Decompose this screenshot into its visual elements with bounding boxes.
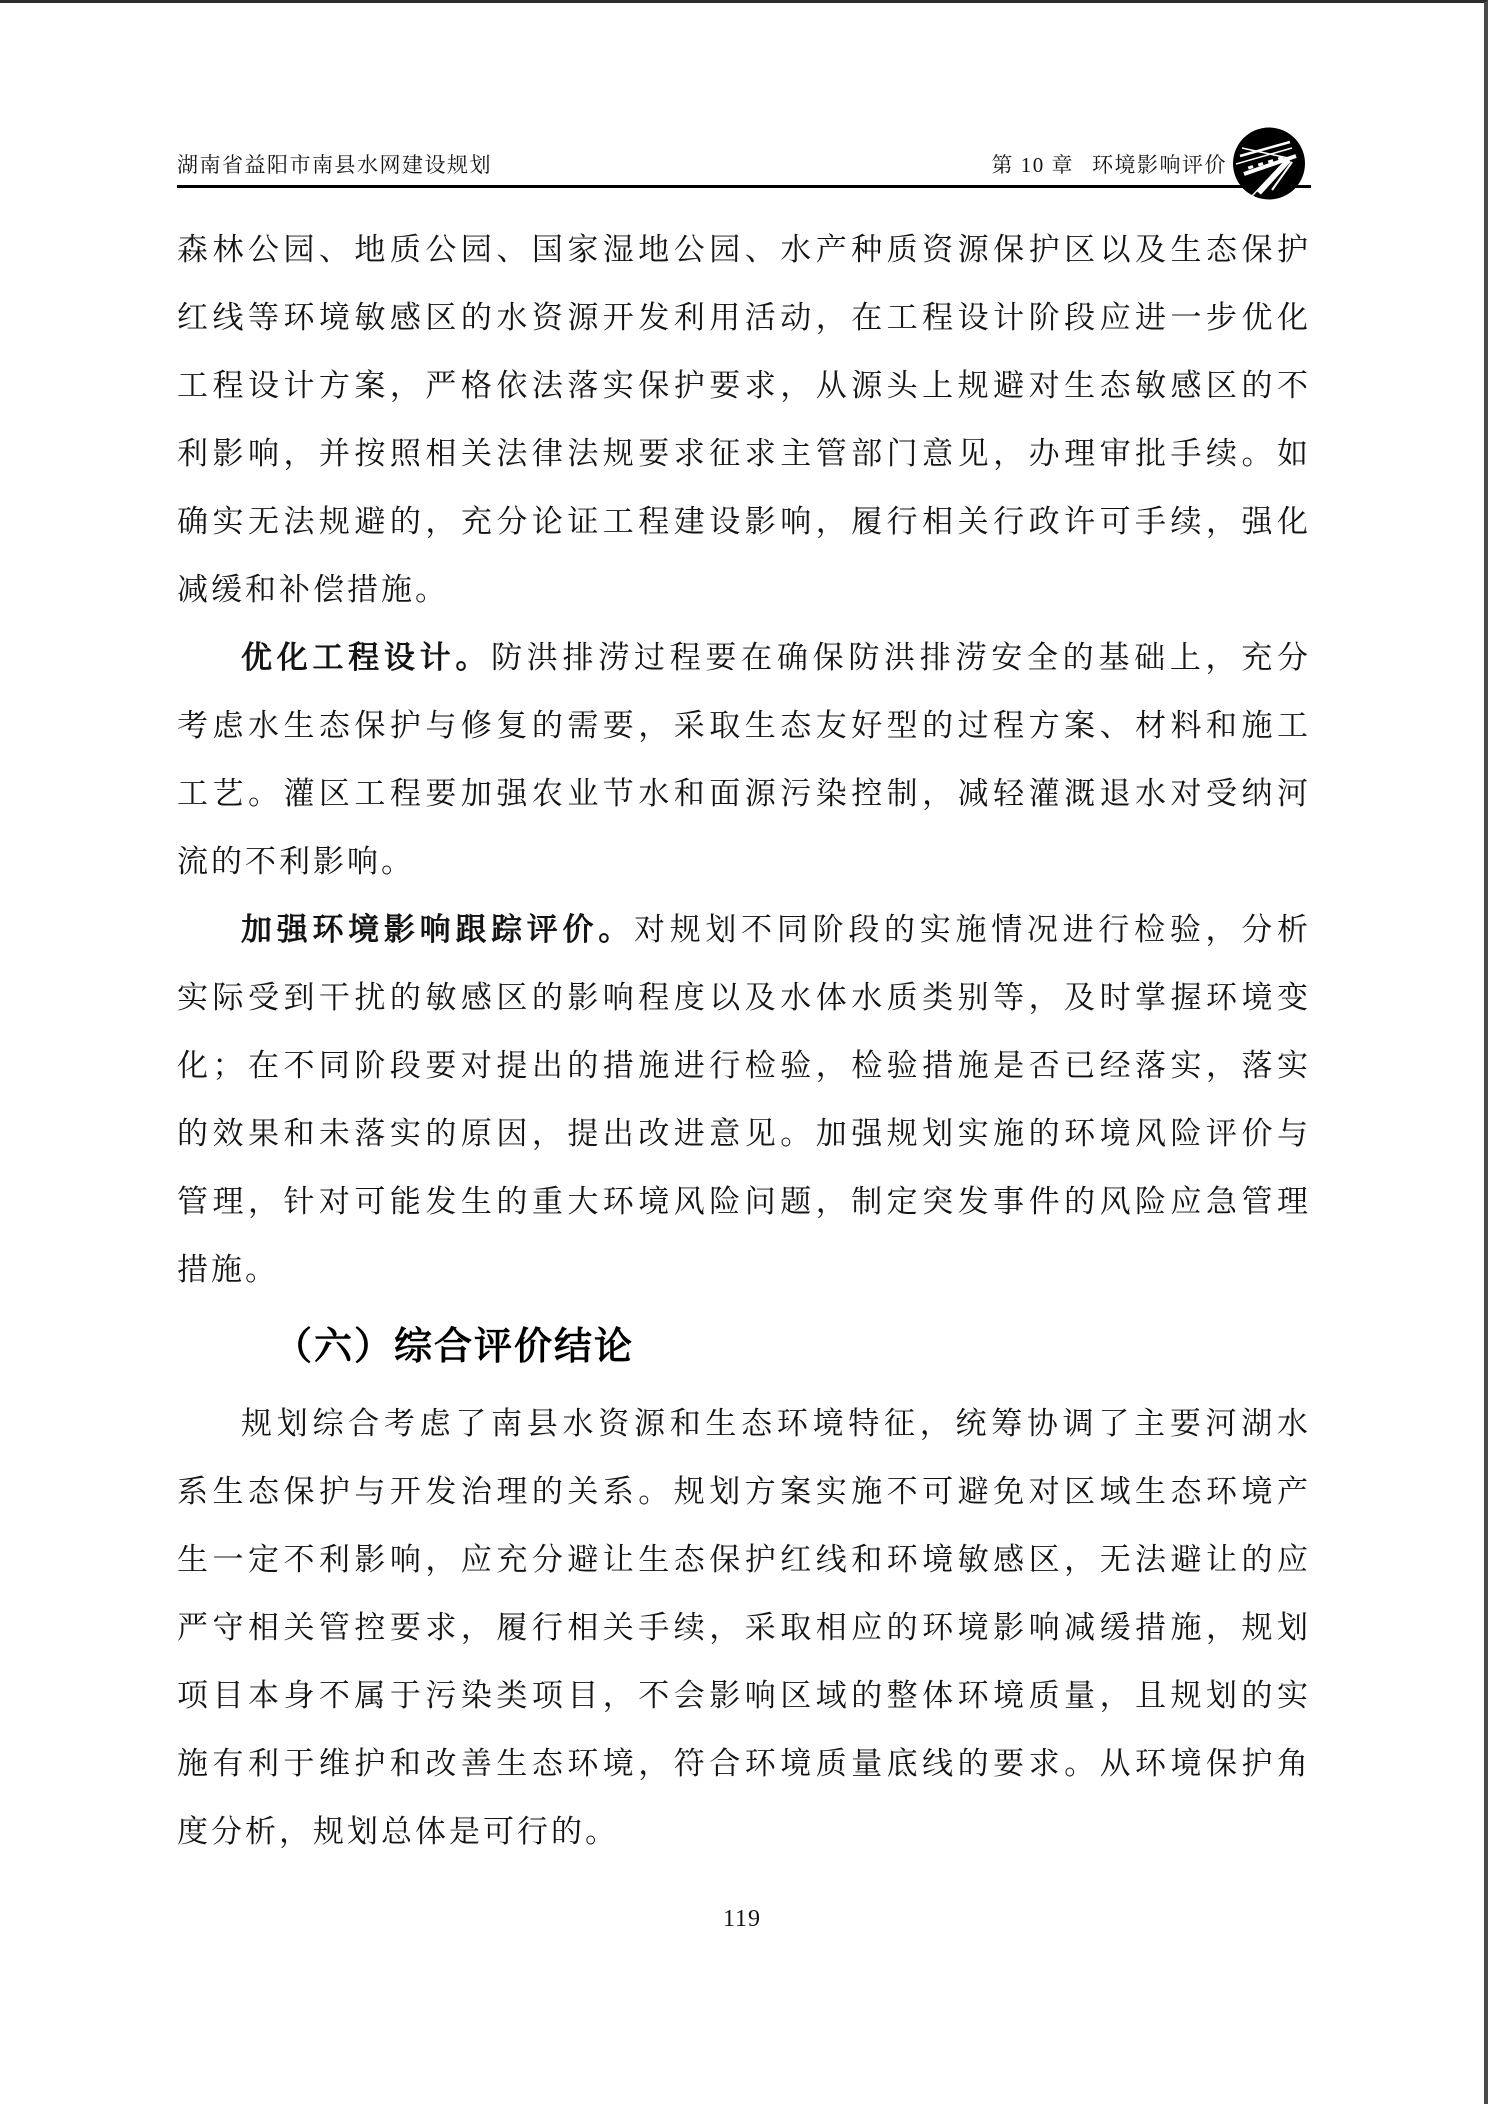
header-chapter-number: 第 10 章 [992, 153, 1075, 177]
text-run: 对规划不同阶段的实施情况进行检验，分析 [634, 912, 1311, 947]
text-line: 加强环境影响跟踪评价。对规划不同阶段的实施情况进行检验，分析 [177, 896, 1311, 964]
text-line: 生一定不利影响，应充分避让生态保护红线和环境敏感区，无法避让的应 [177, 1526, 1311, 1594]
text-run: 化；在不同阶段要对提出的措施进行检验，检验措施是否已经落实，落实 [177, 1048, 1311, 1083]
page-number: 119 [0, 1906, 1484, 1933]
text-run: 的效果和未落实的原因，提出改进意见。加强规划实施的环境风险评价与 [177, 1116, 1311, 1151]
text-line: 度分析，规划总体是可行的。 [177, 1798, 1311, 1866]
text-line: 实际受到干扰的敏感区的影响程度以及水体水质类别等，及时掌握环境变 [177, 964, 1311, 1032]
text-run: 工艺。灌区工程要加强农业节水和面源污染控制，减轻灌溉退水对受纳河 [177, 776, 1311, 811]
text-line: 的效果和未落实的原因，提出改进意见。加强规划实施的环境风险评价与 [177, 1100, 1311, 1168]
text-run: 防洪排涝过程要在确保防洪排涝安全的基础上，充分 [491, 640, 1311, 675]
text-line: 利影响，并按照相关法律法规要求征求主管部门意见，办理审批手续。如 [177, 420, 1311, 488]
document-body: 森林公园、地质公园、国家湿地公园、水产种质资源保护区以及生态保护红线等环境敏感区… [177, 216, 1311, 1866]
text-run: 管理，针对可能发生的重大环境风险问题，制定突发事件的风险应急管理 [177, 1184, 1311, 1219]
text-line: 考虑水生态保护与修复的需要，采取生态友好型的过程方案、材料和施工 [177, 692, 1311, 760]
text-run: 减缓和补偿措施。 [177, 572, 449, 607]
text-run: 工程设计方案，严格依法落实保护要求，从源头上规避对生态敏感区的不 [177, 368, 1311, 403]
text-line: 减缓和补偿措施。 [177, 556, 1311, 624]
text-run: 施有利于维护和改善生态环境，符合环境质量底线的要求。从环境保护角 [177, 1746, 1311, 1781]
text-run: 实际受到干扰的敏感区的影响程度以及水体水质类别等，及时掌握环境变 [177, 980, 1311, 1015]
text-run: 考虑水生态保护与修复的需要，采取生态友好型的过程方案、材料和施工 [177, 708, 1311, 743]
text-line: 森林公园、地质公园、国家湿地公园、水产种质资源保护区以及生态保护 [177, 216, 1311, 284]
bold-lead-in: 加强环境影响跟踪评价。 [241, 912, 634, 947]
text-run: 度分析，规划总体是可行的。 [177, 1814, 619, 1849]
text-run: 确实无法规避的，充分论证工程建设影响，履行相关行政许可手续，强化 [177, 504, 1311, 539]
bold-lead-in: 优化工程设计。 [241, 640, 491, 675]
text-line: 规划综合考虑了南县水资源和生态环境特征，统筹协调了主要河湖水 [177, 1390, 1311, 1458]
text-line: 化；在不同阶段要对提出的措施进行检验，检验措施是否已经落实，落实 [177, 1032, 1311, 1100]
text-line: 流的不利影响。 [177, 828, 1311, 896]
text-run: 生一定不利影响，应充分避让生态保护红线和环境敏感区，无法避让的应 [177, 1542, 1311, 1577]
text-line: 措施。 [177, 1236, 1311, 1304]
text-line: 严守相关管控要求，履行相关手续，采取相应的环境影响减缓措施，规划 [177, 1594, 1311, 1662]
text-run: 利影响，并按照相关法律法规要求征求主管部门意见，办理审批手续。如 [177, 436, 1311, 471]
header-document-title: 湖南省益阳市南县水网建设规划 [177, 149, 492, 179]
paragraph: 规划综合考虑了南县水资源和生态环境特征，统筹协调了主要河湖水系生态保护与开发治理… [177, 1390, 1311, 1866]
text-line: 项目本身不属于污染类项目，不会影响区域的整体环境质量，且规划的实 [177, 1662, 1311, 1730]
paragraph: 森林公园、地质公园、国家湿地公园、水产种质资源保护区以及生态保护红线等环境敏感区… [177, 216, 1311, 624]
road-emblem-icon [1232, 126, 1306, 201]
header-rule [177, 185, 1311, 188]
text-line: 工艺。灌区工程要加强农业节水和面源污染控制，减轻灌溉退水对受纳河 [177, 760, 1311, 828]
text-run: 项目本身不属于污染类项目，不会影响区域的整体环境质量，且规划的实 [177, 1678, 1311, 1713]
text-run: 规划综合考虑了南县水资源和生态环境特征，统筹协调了主要河湖水 [241, 1406, 1311, 1441]
document-page: 湖南省益阳市南县水网建设规划 第 10 章环境影响评价 森林公园、地质公园、国家… [0, 0, 1488, 2104]
text-run: 措施。 [177, 1252, 279, 1287]
text-run: 严守相关管控要求，履行相关手续，采取相应的环境影响减缓措施，规划 [177, 1610, 1311, 1645]
paragraph: 加强环境影响跟踪评价。对规划不同阶段的实施情况进行检验，分析实际受到干扰的敏感区… [177, 896, 1311, 1304]
text-line: 红线等环境敏感区的水资源开发利用活动，在工程设计阶段应进一步优化 [177, 284, 1311, 352]
section-heading: （六）综合评价结论 [177, 1304, 1311, 1390]
text-line: 系生态保护与开发治理的关系。规划方案实施不可避免对区域生态环境产 [177, 1458, 1311, 1526]
text-line: 管理，针对可能发生的重大环境风险问题，制定突发事件的风险应急管理 [177, 1168, 1311, 1236]
paragraph: 优化工程设计。防洪排涝过程要在确保防洪排涝安全的基础上，充分考虑水生态保护与修复… [177, 624, 1311, 896]
text-line: 优化工程设计。防洪排涝过程要在确保防洪排涝安全的基础上，充分 [177, 624, 1311, 692]
text-line: 工程设计方案，严格依法落实保护要求，从源头上规避对生态敏感区的不 [177, 352, 1311, 420]
text-run: 系生态保护与开发治理的关系。规划方案实施不可避免对区域生态环境产 [177, 1474, 1311, 1509]
text-line: 施有利于维护和改善生态环境，符合环境质量底线的要求。从环境保护角 [177, 1730, 1311, 1798]
text-run: 森林公园、地质公园、国家湿地公园、水产种质资源保护区以及生态保护 [177, 232, 1311, 267]
header-chapter-title: 环境影响评价 [1092, 153, 1227, 177]
header-chapter: 第 10 章环境影响评价 [992, 149, 1228, 179]
text-run: 红线等环境敏感区的水资源开发利用活动，在工程设计阶段应进一步优化 [177, 300, 1311, 335]
text-line: 确实无法规避的，充分论证工程建设影响，履行相关行政许可手续，强化 [177, 488, 1311, 556]
text-run: 流的不利影响。 [177, 844, 415, 879]
